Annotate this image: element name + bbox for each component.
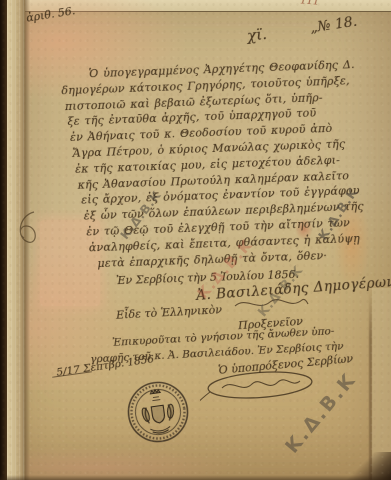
consul-signature-oval xyxy=(200,366,318,406)
consular-seal xyxy=(122,376,194,448)
binding-dark-edge xyxy=(0,0,7,480)
margin-flourish xyxy=(14,208,40,250)
bottom-edge-shadow xyxy=(0,475,391,480)
upper-page-digits: 111 xyxy=(300,0,320,8)
letter-body: Ὁ ὑπογεγραμμένος Ἀρχηγέτης Θεοφανίδης Δ.… xyxy=(61,57,366,273)
header-mark-left: χϊ. xyxy=(246,25,268,45)
archival-document-photo: 111 ἀριθ. 56. χϊ. „№ 18. Ὁ ὑπογεγραμμένο… xyxy=(0,0,391,480)
